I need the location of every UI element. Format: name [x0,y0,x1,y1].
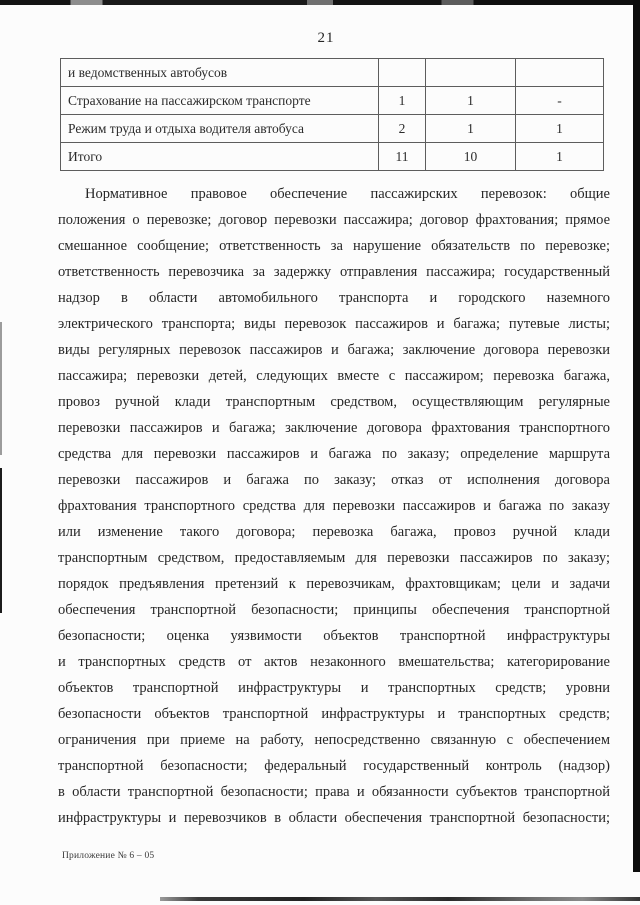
text-line: смешанное сообщение; ответственность за … [58,233,610,259]
text-line: виды регулярных перевозок пассажиров и б… [58,337,610,363]
topics-table-body: и ведомственных автобусовСтрахование на … [61,59,604,171]
table-row: Режим труда и отдыха водителя автобуса21… [61,115,604,143]
count-cell: 11 [379,143,426,171]
text-line: надзор в области автомобильного транспор… [58,285,610,311]
text-line: и транспортных средств от актов незаконн… [58,649,610,675]
topic-label-cell: Страхование на пассажирском транспорте [61,87,379,115]
text-line: или изменение такого договора; перевозка… [58,519,610,545]
text-line: перевозки пассажиров и багажа; заключени… [58,415,610,441]
count-cell [426,59,516,87]
topics-table: и ведомственных автобусовСтрахование на … [60,58,604,171]
table-row: и ведомственных автобусов [61,59,604,87]
count-cell: 10 [426,143,516,171]
text-line: средства для перевозки пассажиров и бага… [58,441,610,467]
text-line: перевозки пассажиров и багажа по заказу;… [58,467,610,493]
count-cell: 1 [516,115,604,143]
body-paragraph: Нормативное правовое обеспечение пассажи… [58,181,610,831]
page-number: 21 [0,30,640,47]
scan-artifact-left-line [0,468,2,613]
text-line: инфраструктуры и перевозчиков в области … [58,805,610,831]
count-cell: 1 [426,87,516,115]
scan-artifact-left-line [0,322,2,455]
scan-artifact-top-band [0,0,640,5]
topic-label-cell: Итого [61,143,379,171]
text-line: обеспечения транспортной безопасности; п… [58,597,610,623]
count-cell: 1 [426,115,516,143]
count-cell: 1 [516,143,604,171]
text-line: транспортным средством, предоставляемым … [58,545,610,571]
document-page: 21 и ведомственных автобусовСтрахование … [0,0,640,905]
table-row: Страхование на пассажирском транспорте11… [61,87,604,115]
text-line: транспортной безопасности; федеральный г… [58,753,610,779]
text-line: пассажира; перевозки детей, следующих вм… [58,363,610,389]
footer-annex-label: Приложение № 6 – 05 [62,851,154,861]
count-cell: 1 [379,87,426,115]
text-line: порядок предъявления претензий к перевоз… [58,571,610,597]
table-row: Итого11101 [61,143,604,171]
topic-label-cell: и ведомственных автобусов [61,59,379,87]
count-cell: 2 [379,115,426,143]
text-line: безопасности объектов транспортной инфра… [58,701,610,727]
topic-label-cell: Режим труда и отдыха водителя автобуса [61,115,379,143]
text-line: Нормативное правовое обеспечение пассажи… [58,181,610,207]
scan-artifact-bottom-line [160,897,640,901]
text-line: безопасности; оценка уязвимости объектов… [58,623,610,649]
scan-artifact-right-band [633,0,640,872]
text-line: ответственность перевозчика за задержку … [58,259,610,285]
text-line: электрического транспорта; виды перевозо… [58,311,610,337]
count-cell: - [516,87,604,115]
text-line: провоз ручной клади транспортным средств… [58,389,610,415]
text-line: положения о перевозке; договор перевозки… [58,207,610,233]
text-line: объектов транспортной инфраструктуры и т… [58,675,610,701]
text-line: в области транспортной безопасности; пра… [58,779,610,805]
count-cell [379,59,426,87]
text-line: ограничения при приеме на работу, непоср… [58,727,610,753]
count-cell [516,59,604,87]
text-line: фрахтования транспортного средства для п… [58,493,610,519]
